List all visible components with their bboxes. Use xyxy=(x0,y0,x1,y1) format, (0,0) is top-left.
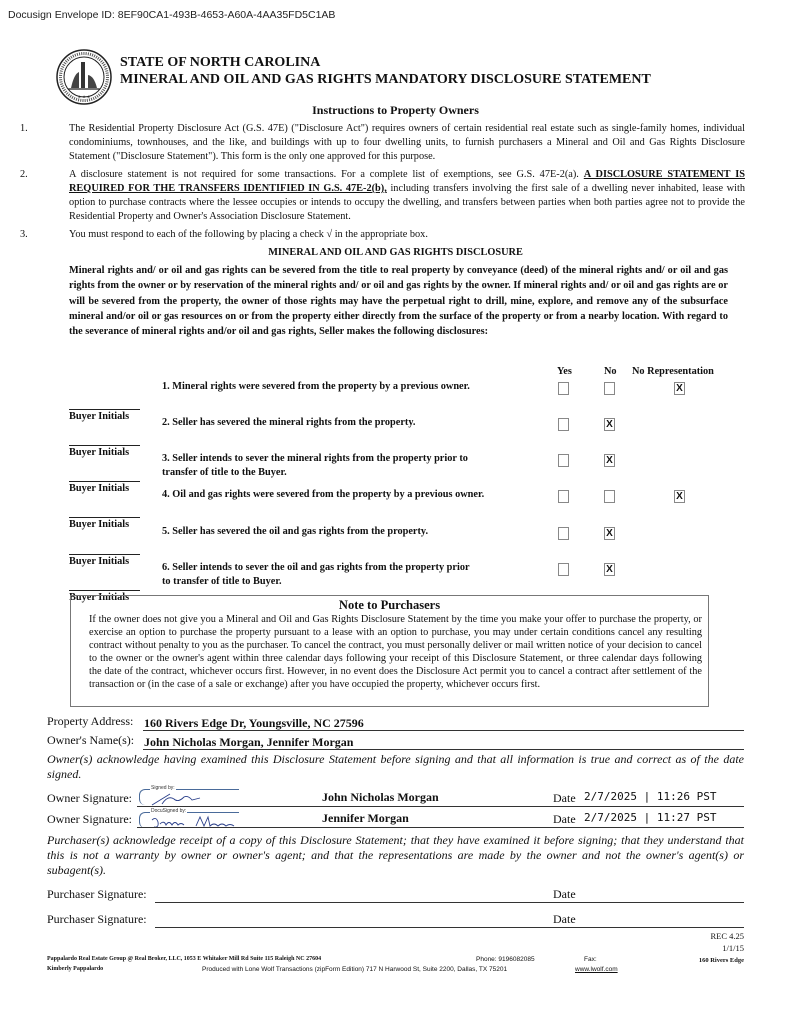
question-text: 1. Mineral rights were severed from the … xyxy=(162,380,532,394)
disclosure-heading: MINERAL AND OIL AND GAS RIGHTS DISCLOSUR… xyxy=(0,247,791,258)
checkbox-no-rep[interactable]: X xyxy=(674,490,685,503)
nc-seal-icon: ★ ★ ★ xyxy=(55,48,113,106)
buyer-initials-field[interactable] xyxy=(69,590,140,591)
owner-acknowledgement: Owner(s) acknowledge having examined thi… xyxy=(47,752,744,782)
purchaser-signature-row-1: Purchaser Signature: Date xyxy=(47,885,744,903)
property-address-field: Property Address: 160 Rivers Edge Dr, Yo… xyxy=(47,714,744,731)
checkbox-yes[interactable] xyxy=(558,563,569,576)
owner-name-2: Jennifer Morgan xyxy=(322,811,409,826)
form-date: 1/1/15 xyxy=(722,942,744,954)
footer-broker: Pappalardo Real Estate Group @ Real Brok… xyxy=(47,956,321,962)
checkbox-yes[interactable] xyxy=(558,527,569,540)
checkbox-no[interactable]: X xyxy=(604,563,615,576)
owners-name-field: Owner's Name(s): John Nicholas Morgan, J… xyxy=(47,733,744,750)
disclosure-question-row: Buyer Initials2. Seller has severed the … xyxy=(0,416,791,452)
footer-agent: Kimberly Pappalardo xyxy=(47,966,103,972)
purchaser-signature-row-2: Purchaser Signature: Date xyxy=(47,910,744,928)
note-to-purchasers: Note to Purchasers If the owner does not… xyxy=(70,595,709,707)
checkbox-yes[interactable] xyxy=(558,490,569,503)
column-no: No xyxy=(604,366,617,377)
checkbox-no-rep[interactable]: X xyxy=(674,382,685,395)
footer-fax: Fax: xyxy=(584,956,597,963)
instructions-heading: Instructions to Property Owners xyxy=(0,103,791,118)
instruction-item-1: 1. The Residential Property Disclosure A… xyxy=(20,122,745,164)
disclosure-question-row: Buyer Initials1. Mineral rights were sev… xyxy=(0,380,791,416)
purchaser-date-field-1[interactable] xyxy=(581,902,744,903)
purchaser-signature-field-1[interactable] xyxy=(155,902,595,903)
svg-text:★ ★ ★: ★ ★ ★ xyxy=(78,94,91,99)
disclosure-question-row: Buyer Initials5. Seller has severed the … xyxy=(0,525,791,561)
footer-link[interactable]: www.lwolf.com xyxy=(575,966,618,973)
checkbox-no[interactable]: X xyxy=(604,527,615,540)
instruction-item-2: 2. A disclosure statement is not require… xyxy=(20,168,745,224)
docusign-signature-1[interactable]: Signed by: xyxy=(139,789,239,805)
checkbox-yes[interactable] xyxy=(558,418,569,431)
owners-name-label: Owner's Name(s): xyxy=(47,733,134,748)
footer-phone: Phone: 9196082085 xyxy=(476,956,535,963)
property-address-label: Property Address: xyxy=(47,714,133,729)
column-no-representation: No Representation xyxy=(632,366,714,377)
form-state-title: STATE OF NORTH CAROLINA xyxy=(120,55,320,71)
question-text: 6. Seller intends to sever the oil and g… xyxy=(162,561,532,589)
form-code: REC 4.25 xyxy=(710,930,744,942)
signed-date-2: 2/7/2025 | 11:27 PST xyxy=(584,811,716,824)
disclosure-question-row: Buyer Initials6. Seller intends to sever… xyxy=(0,561,791,597)
checkbox-yes[interactable] xyxy=(558,454,569,467)
disclosure-question-row: Buyer Initials3. Seller intends to sever… xyxy=(0,452,791,488)
owner-signature-row-2: Owner Signature: DocuSigned by: Jennifer… xyxy=(47,810,744,828)
note-text: If the owner does not give you a Mineral… xyxy=(89,613,702,691)
buyer-initials-field[interactable] xyxy=(69,481,140,482)
signed-date-1: 2/7/2025 | 11:26 PST xyxy=(584,790,716,803)
property-short: 160 Rivers Edge xyxy=(699,955,744,967)
owner-name-1: John Nicholas Morgan xyxy=(322,790,439,805)
property-address-value[interactable]: 160 Rivers Edge Dr, Youngsville, NC 2759… xyxy=(144,716,364,731)
owners-name-value[interactable]: John Nicholas Morgan, Jennifer Morgan xyxy=(144,735,353,750)
buyer-initials-field[interactable] xyxy=(69,554,140,555)
buyer-initials-field[interactable] xyxy=(69,409,140,410)
question-text: 4. Oil and gas rights were severed from … xyxy=(162,488,532,502)
purchaser-date-field-2[interactable] xyxy=(581,927,744,928)
checkbox-yes[interactable] xyxy=(558,382,569,395)
question-text: 5. Seller has severed the oil and gas ri… xyxy=(162,525,532,539)
form-title: MINERAL AND OIL AND GAS RIGHTS MANDATORY… xyxy=(120,72,651,88)
checkbox-no[interactable]: X xyxy=(604,418,615,431)
checkbox-no[interactable] xyxy=(604,490,615,503)
note-heading: Note to Purchasers xyxy=(77,598,702,613)
footer-produced: Produced with Lone Wolf Transactions (zi… xyxy=(202,966,507,973)
question-text: 3. Seller intends to sever the mineral r… xyxy=(162,452,532,480)
disclosure-paragraph: Mineral rights and/ or oil and gas right… xyxy=(69,263,728,339)
docusign-envelope-id: Docusign Envelope ID: 8EF90CA1-493B-4653… xyxy=(8,9,335,21)
question-text: 2. Seller has severed the mineral rights… xyxy=(162,416,532,430)
instruction-item-3: 3. You must respond to each of the follo… xyxy=(20,228,745,242)
checkbox-no[interactable] xyxy=(604,382,615,395)
checkbox-no[interactable]: X xyxy=(604,454,615,467)
owner-signature-row-1: Owner Signature: Signed by: John Nichola… xyxy=(47,789,744,807)
purchaser-acknowledgement: Purchaser(s) acknowledge receipt of a co… xyxy=(47,833,744,878)
disclosure-question-row: Buyer Initials4. Oil and gas rights were… xyxy=(0,488,791,524)
docusign-signature-2[interactable]: DocuSigned by: xyxy=(139,812,239,828)
buyer-initials-field[interactable] xyxy=(69,517,140,518)
column-yes: Yes xyxy=(557,366,572,377)
purchaser-signature-field-2[interactable] xyxy=(155,927,595,928)
buyer-initials-field[interactable] xyxy=(69,445,140,446)
